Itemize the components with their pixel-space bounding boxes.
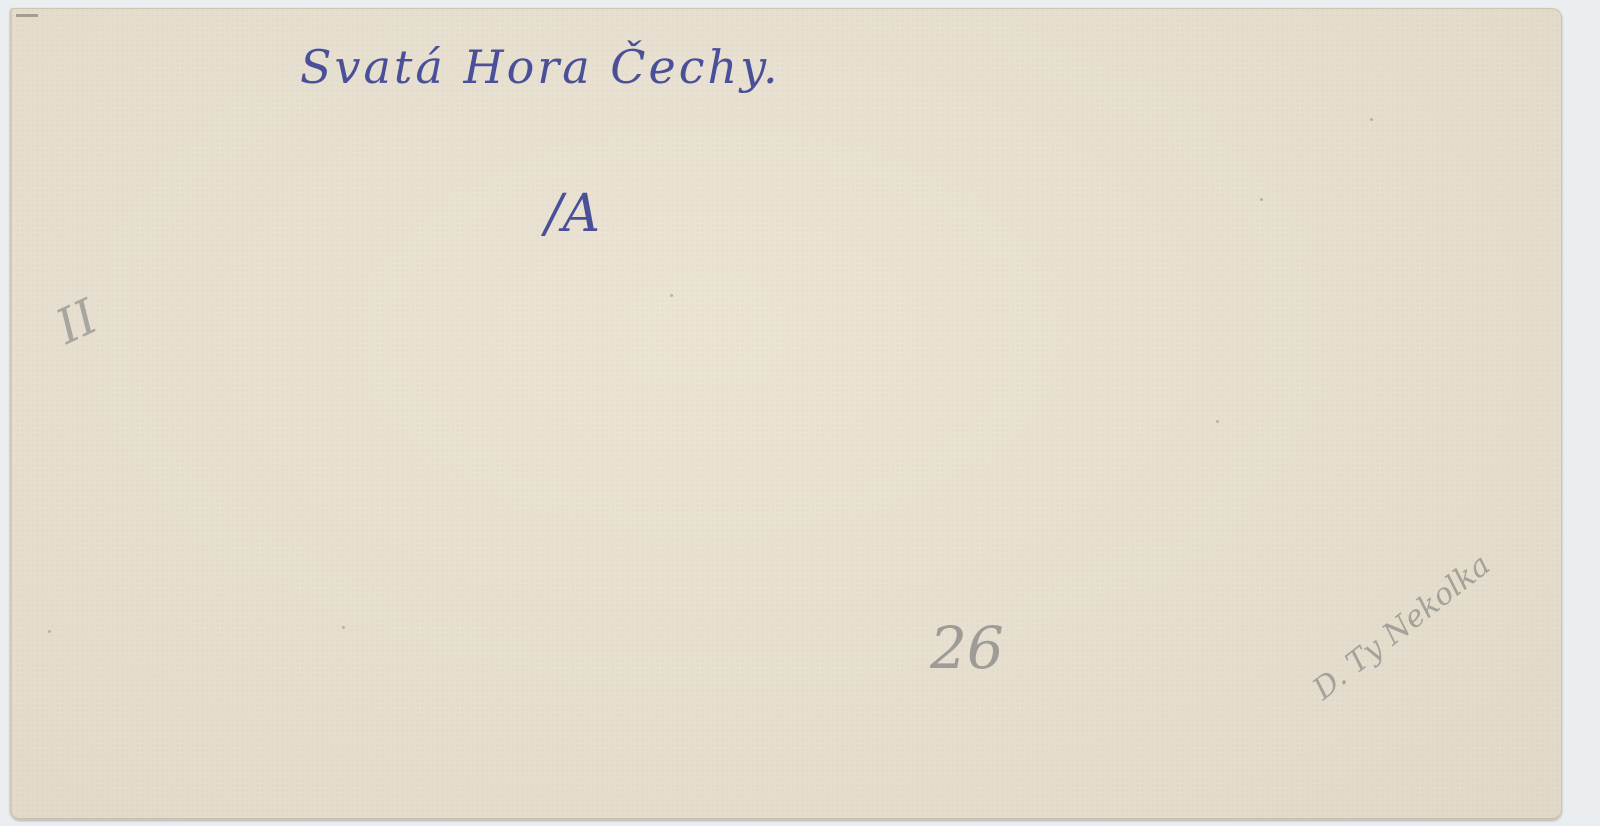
paper-speck (670, 294, 673, 297)
card: Svatá Hora Čechy. /A II 26 D. Ty Nekolka (10, 8, 1562, 820)
title-inscription: Svatá Hora Čechy. (300, 40, 781, 94)
number-inscription: 26 (930, 614, 1004, 682)
corner-mark (16, 14, 38, 17)
paper-speck (48, 630, 51, 633)
scan-background: Svatá Hora Čechy. /A II 26 D. Ty Nekolka (0, 0, 1600, 826)
roman-numeral-inscription: II (48, 289, 106, 356)
signature-inscription: D. Ty Nekolka (1306, 547, 1497, 707)
paper-speck (1216, 420, 1219, 423)
paper-speck (1370, 118, 1373, 121)
monogram-inscription: /A (545, 184, 600, 244)
paper-speck (342, 626, 345, 629)
paper-speck (1260, 198, 1263, 201)
